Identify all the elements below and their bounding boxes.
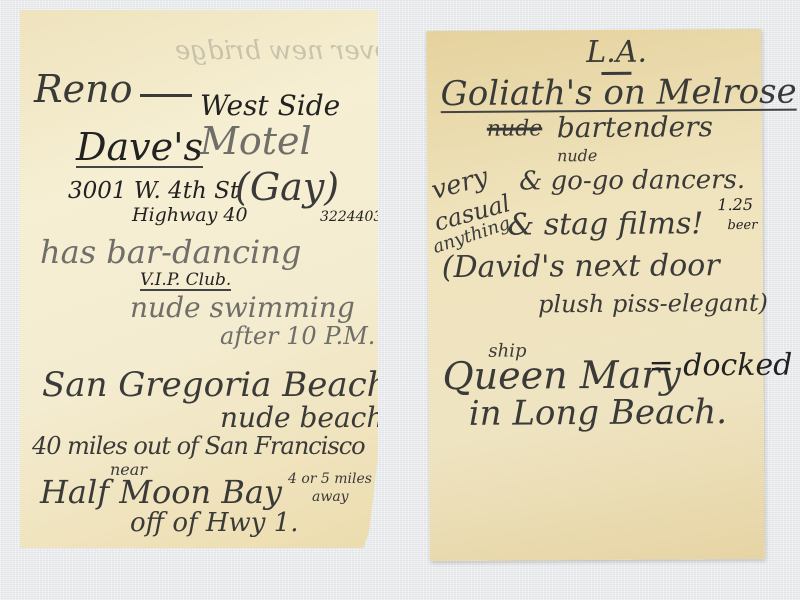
four-five-miles-text: 4 or 5 miles (288, 472, 372, 486)
venue-daves: Dave's (76, 128, 203, 168)
miles-text: 40 miles out of San Francisco (32, 434, 365, 458)
beer-text: beer (727, 219, 757, 232)
city-reno: Reno (34, 70, 132, 108)
left-note-card: over new bridge Reno West Side Dave's Mo… (20, 10, 378, 548)
vip-club-text: V.I.P. Club. (140, 272, 231, 291)
after-10pm-text: after 10 P.M. (220, 324, 375, 348)
stag-films-text: & stag films! (507, 209, 703, 240)
west-side-label: West Side (200, 92, 340, 120)
price-text: 1.25 (717, 197, 753, 213)
highway-text: Highway 40 (132, 206, 248, 225)
nude-text: nude (557, 148, 597, 164)
nude-beach-text: nude beach (220, 404, 384, 432)
plush-text: plush piss-elegant) (538, 291, 768, 317)
bleed-through-text: over new bridge (175, 38, 390, 64)
nude-swimming-text: nude swimming (130, 294, 355, 322)
venue-type-motel: Motel (200, 122, 312, 160)
city-la: L.A. (586, 38, 647, 68)
beach-name: San Gregoria Beach. (42, 368, 399, 402)
go-go-dancers-text: & go-go dancers. (519, 167, 745, 195)
long-beach-text: in Long Beach. (469, 395, 727, 431)
hwy-text: off of Hwy 1. (130, 510, 299, 536)
bartenders-text: bartenders (557, 113, 713, 142)
queen-mary-text: Queen Mary (442, 355, 681, 395)
struck-word: nude (487, 118, 543, 140)
gay-label: (Gay) (235, 168, 339, 206)
address-text: 3001 W. 4th St (68, 180, 239, 203)
away-text: away (312, 490, 349, 504)
docked-text: = docked (648, 351, 792, 382)
venue-goliaths: Goliath's on Melrose (440, 75, 796, 113)
davids-next-door-text: (David's next door (442, 251, 720, 283)
dash-line (140, 94, 192, 97)
phone-number: 3224403 (320, 210, 382, 224)
right-note-card: L.A. Goliath's on Melrose nude bartender… (426, 29, 765, 561)
bar-dancing-text: has bar-dancing (40, 236, 301, 268)
half-moon-bay-text: Half Moon Bay (40, 476, 282, 508)
